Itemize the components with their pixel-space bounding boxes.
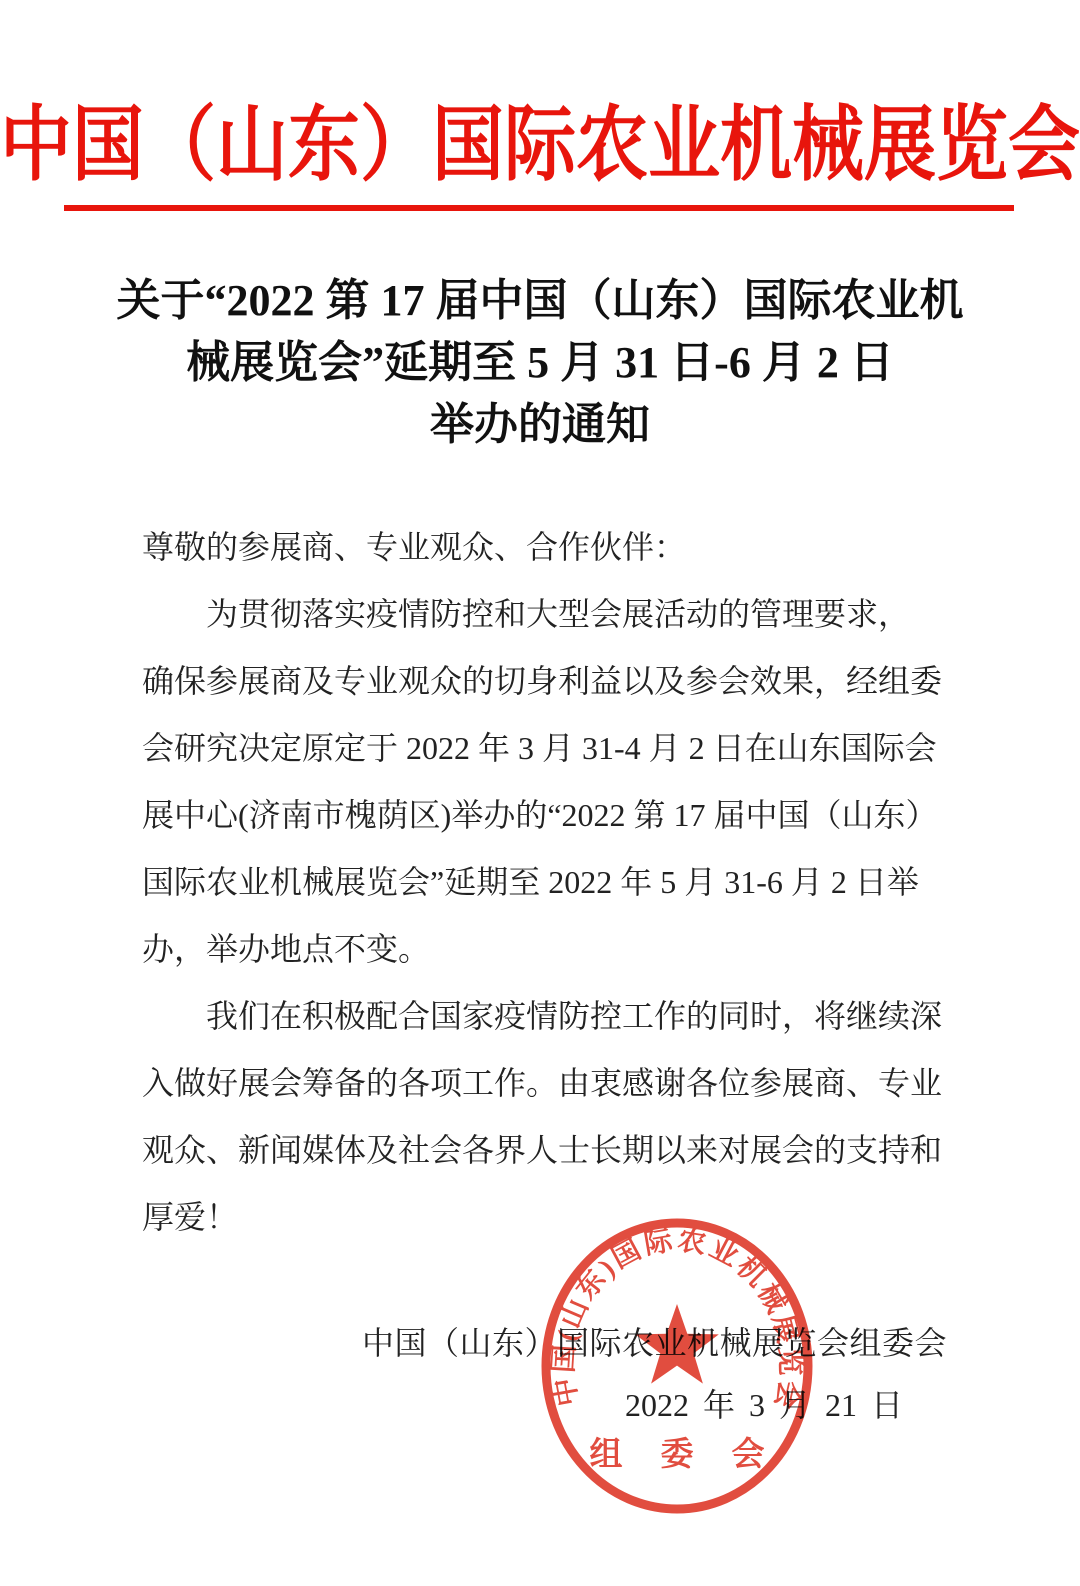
body-line: 观众、新闻媒体及社会各界人士长期以来对展会的支持和 <box>142 1117 952 1184</box>
notice-title-line-1: 关于“2022 第 17 届中国（山东）国际农业机 <box>0 270 1080 332</box>
body-line: 为贯彻落实疫情防控和大型会展活动的管理要求， <box>142 581 952 648</box>
body-line: 确保参展商及专业观众的切身利益以及参会效果，经组委 <box>142 648 952 715</box>
notice-title-line-3: 举办的通知 <box>0 394 1080 456</box>
letter-body: 尊敬的参展商、专业观众、合作伙伴： 为贯彻落实疫情防控和大型会展活动的管理要求，… <box>142 514 952 1251</box>
official-seal-graphic: 中国(山东)国际农业机械展览会 组委会 <box>537 1215 817 1517</box>
body-line: 展中心(济南市槐荫区)举办的“2022 第 17 届中国（山东） <box>142 782 952 849</box>
body-line: 我们在积极配合国家疫情防控工作的同时，将继续深 <box>142 983 952 1050</box>
notice-title-line-2: 械展览会”延期至 5 月 31 日-6 月 2 日 <box>0 332 1080 394</box>
salutation: 尊敬的参展商、专业观众、合作伙伴： <box>142 514 952 581</box>
seal-center-text: 组委会 <box>590 1436 803 1473</box>
document-page: 中国（山东）国际农业机械展览会 关于“2022 第 17 届中国（山东）国际农业… <box>0 0 1080 1586</box>
body-line: 入做好展会筹备的各项工作。由衷感谢各位参展商、专业 <box>142 1050 952 1117</box>
body-line: 办，举办地点不变。 <box>142 916 952 983</box>
letterhead-title: 中国（山东）国际农业机械展览会 <box>0 78 1080 197</box>
notice-title: 关于“2022 第 17 届中国（山东）国际农业机 械展览会”延期至 5 月 3… <box>0 270 1080 456</box>
official-seal: 中国(山东)国际农业机械展览会 组委会 <box>537 1215 817 1517</box>
star-icon <box>635 1304 719 1384</box>
body-line: 国际农业机械展览会”延期至 2022 年 5 月 31-6 月 2 日举 <box>142 849 952 916</box>
body-line: 会研究决定原定于 2022 年 3 月 31-4 月 2 日在山东国际会 <box>142 715 952 782</box>
letterhead-divider <box>64 205 1014 211</box>
